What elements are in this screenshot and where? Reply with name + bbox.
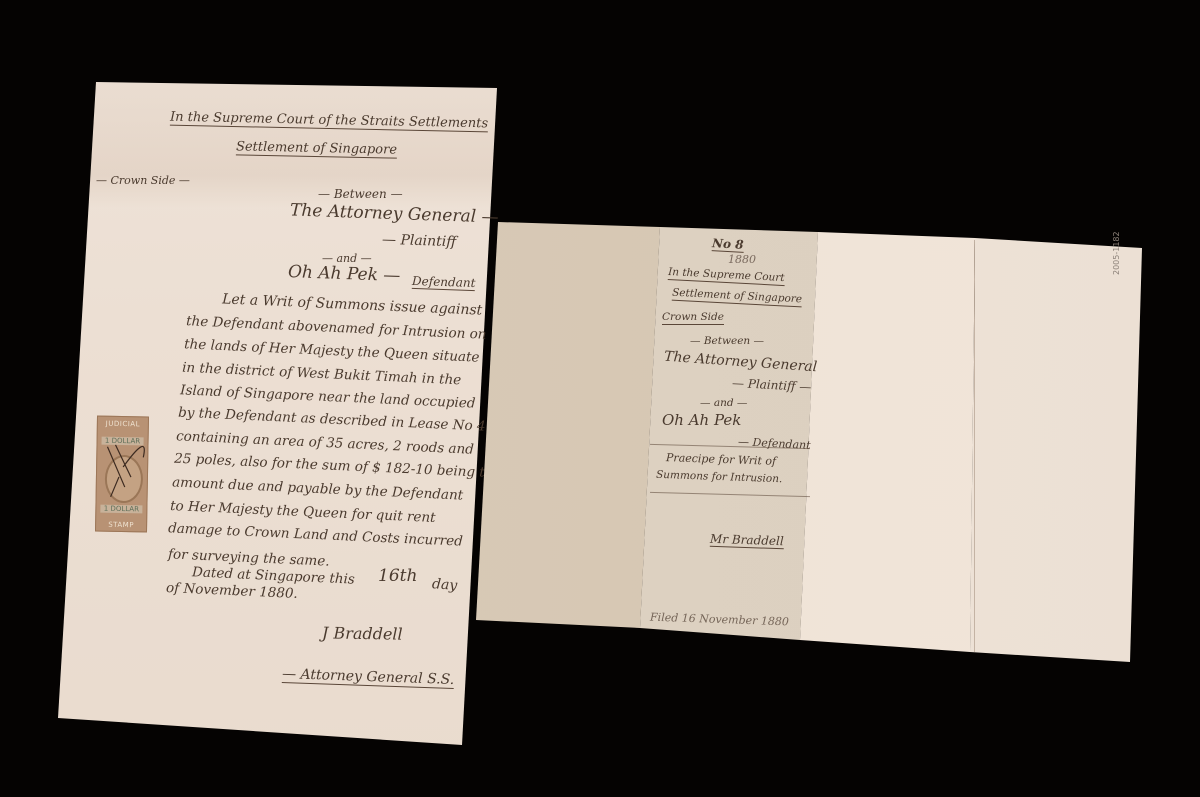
- dated-day: 16th: [378, 568, 417, 585]
- cancellation-scribble-icon: [96, 417, 150, 534]
- praecipe-line-1: Praecipe for Writ of: [666, 452, 776, 467]
- defendant-name: Oh Ah Pek —: [288, 264, 401, 285]
- catalog-number: 2005-1182: [1112, 231, 1121, 275]
- docket-and: — and —: [700, 398, 747, 409]
- dated-day-suffix: day: [432, 577, 458, 593]
- signature: J Braddell: [322, 625, 403, 642]
- crown-side-label: — Crown Side —: [96, 175, 190, 186]
- fold-crease: [974, 240, 975, 652]
- docket-number: No 8: [712, 237, 744, 253]
- plaintiff-role: — Plaintiff: [382, 233, 457, 250]
- docket-between: — Between —: [690, 336, 764, 347]
- solicitor-name: Mr Braddell: [710, 533, 784, 550]
- judicial-stamp: JUDICIAL 1 DOLLAR 1 DOLLAR STAMP: [95, 416, 149, 533]
- and-label: — and —: [322, 253, 372, 264]
- docket-year: 1880: [728, 254, 756, 265]
- docket-defendant-name: Oh Ah Pek: [662, 413, 741, 428]
- between-label: — Between —: [318, 188, 403, 200]
- defendant-role: Defendant: [412, 275, 476, 291]
- docket-side: Crown Side: [662, 312, 724, 325]
